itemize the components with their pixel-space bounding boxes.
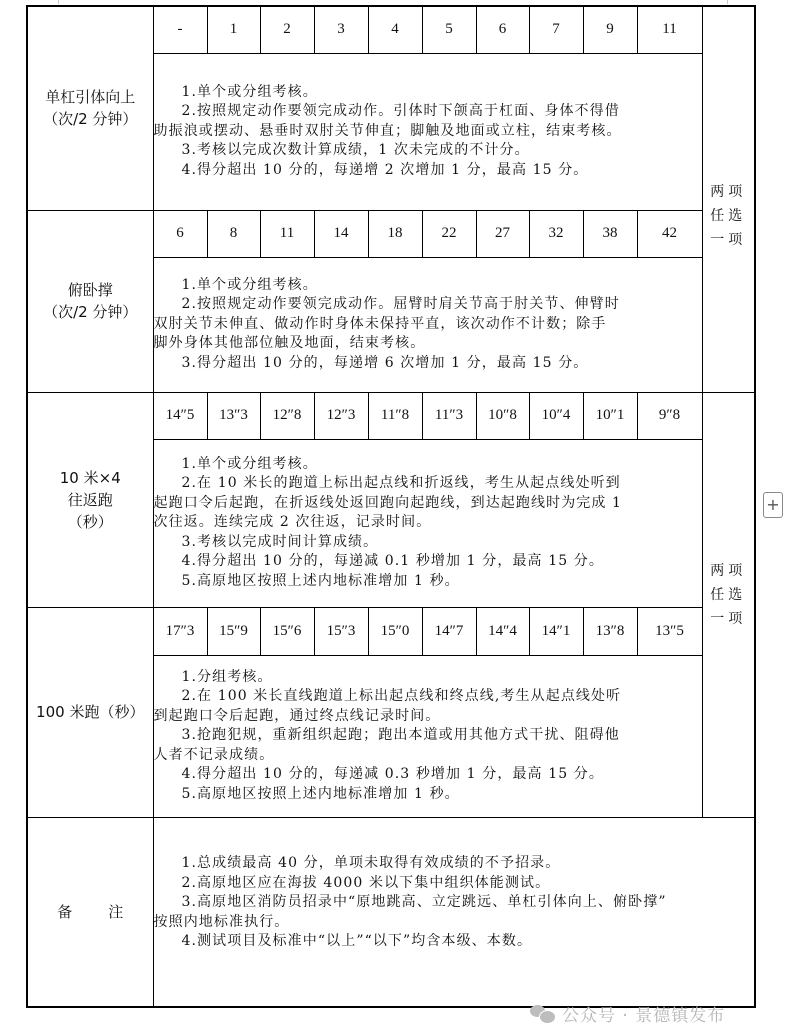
remark-line: 4.测试项目及标准中“以上”“以下”均含本级、本数。 <box>154 932 755 952</box>
rule-line: 脚外身体其他部位触及地面，结束考核。 <box>154 334 702 354</box>
rule-line: 助振浪或摆动、悬垂时双肘关节伸直；脚触及地面或立柱，结束考核。 <box>154 122 702 142</box>
score-cell: 14 <box>314 210 368 257</box>
item-name: 100 米跑（秒） <box>28 701 153 723</box>
rule-line: 5.高原地区按照上述内地标准增加 1 秒。 <box>154 572 702 592</box>
score-cell: 11 <box>260 210 314 257</box>
wechat-icon <box>530 1003 556 1023</box>
rule-line: 4.得分超出 10 分的，每递减 0.3 秒增加 1 分，最高 15 分。 <box>154 765 702 785</box>
score-row-shuttle-run: 10 米×4 往返跑 （秒） 14″5 13″3 12″8 12″3 11″8 … <box>27 392 755 439</box>
choose-one-note-2: 两项 任选 一项 <box>702 392 755 817</box>
rule-line: 3.考核以完成次数计算成绩，1 次未完成的不计分。 <box>154 141 702 161</box>
rule-line: 2.按照规定动作要领完成动作。屈臂时肩关节高于肘关节、伸臂时 <box>154 295 702 315</box>
score-cell: 14″4 <box>476 607 529 655</box>
score-cell: 11″8 <box>368 392 422 439</box>
score-cell: 22 <box>422 210 476 257</box>
score-cell: 13″5 <box>637 607 702 655</box>
score-cell: 15″9 <box>207 607 260 655</box>
side-note-line: 任选 <box>703 583 755 607</box>
item-unit: （秒） <box>28 511 153 533</box>
document-page: 单杠引体向上 （次/2 分钟） - 1 2 3 4 5 6 7 9 11 两项 … <box>0 0 785 1024</box>
rule-line: 3.考核以完成时间计算成绩。 <box>154 533 702 553</box>
side-note-line: 一项 <box>703 607 755 631</box>
score-cell: 4 <box>368 6 422 53</box>
score-cell: 10″1 <box>583 392 637 439</box>
score-cell: 8 <box>207 210 260 257</box>
score-cell: 18 <box>368 210 422 257</box>
score-cell: 9″8 <box>637 392 702 439</box>
score-cell: 32 <box>529 210 583 257</box>
item-name: 单杠引体向上 <box>28 86 153 108</box>
score-cell: 10″4 <box>529 392 583 439</box>
score-row-pushup: 俯卧撑 （次/2 分钟） 6 8 11 14 18 22 27 32 38 42 <box>27 210 755 257</box>
rule-line: 1.单个或分组考核。 <box>154 455 702 475</box>
rules-pullup: 1.单个或分组考核。 2.按照规定动作要领完成动作。引体时下颌高于杠面、身体不得… <box>153 53 702 210</box>
item-label-shuttle-run: 10 米×4 往返跑 （秒） <box>27 392 153 607</box>
rule-line: 次往返。连续完成 2 次往返，记录时间。 <box>154 513 702 533</box>
watermark: 公众号 · 景德镇发布 <box>530 1002 725 1024</box>
score-cell: 11 <box>637 6 702 53</box>
choose-one-note-1: 两项 任选 一项 <box>702 6 755 392</box>
item-unit: （次/2 分钟） <box>28 301 153 323</box>
score-cell: 13″8 <box>583 607 637 655</box>
item-unit: （次/2 分钟） <box>28 108 153 130</box>
expand-button[interactable]: + <box>763 492 783 518</box>
score-row-sprint-100m: 100 米跑（秒） 17″3 15″9 15″6 15″3 15″0 14″7 … <box>27 607 755 655</box>
score-cell: 17″3 <box>153 607 207 655</box>
remark-line: 按照内地标准执行。 <box>154 913 755 933</box>
score-cell: 6 <box>153 210 207 257</box>
page-corner-mark <box>727 0 738 4</box>
rule-line: 2.按照规定动作要领完成动作。引体时下颌高于杠面、身体不得借 <box>154 102 702 122</box>
rule-line: 1.单个或分组考核。 <box>154 276 702 296</box>
side-note-line: 一项 <box>703 228 755 252</box>
score-cell: 14″5 <box>153 392 207 439</box>
side-note-line: 两项 <box>703 559 755 583</box>
item-name: 10 米×4 <box>28 467 153 489</box>
rules-sprint-100m: 1.分组考核。 2.在 100 米长直线跑道上标出起点线和终点线,考生从起点线处… <box>153 655 702 817</box>
rule-line: 2.在 100 米长直线跑道上标出起点线和终点线,考生从起点线处听 <box>154 687 702 707</box>
rule-line: 2.在 10 米长的跑道上标出起点线和折返线，考生从起点线处听到 <box>154 474 702 494</box>
item-label-pullup: 单杠引体向上 （次/2 分钟） <box>27 6 153 210</box>
item-label-pushup: 俯卧撑 （次/2 分钟） <box>27 210 153 392</box>
score-cell: 1 <box>207 6 260 53</box>
item-label-sprint-100m: 100 米跑（秒） <box>27 607 153 817</box>
score-cell: 42 <box>637 210 702 257</box>
side-note-line: 两项 <box>703 180 755 204</box>
score-cell: 12″3 <box>314 392 368 439</box>
rule-line: 4.得分超出 10 分的，每递减 0.1 秒增加 1 分，最高 15 分。 <box>154 552 702 572</box>
remarks-label: 备注 <box>27 817 153 1007</box>
rule-line: 5.高原地区按照上述内地标准增加 1 秒。 <box>154 785 702 805</box>
score-cell: 7 <box>529 6 583 53</box>
score-cell: 38 <box>583 210 637 257</box>
score-cell: 6 <box>476 6 529 53</box>
remarks-content: 1.总成绩最高 40 分，单项未取得有效成绩的不予招录。 2.高原地区应在海拔 … <box>153 817 755 1007</box>
rule-line: 3.得分超出 10 分的，每递增 6 次增加 1 分，最高 15 分。 <box>154 354 702 374</box>
score-cell: 13″3 <box>207 392 260 439</box>
rules-shuttle-run: 1.单个或分组考核。 2.在 10 米长的跑道上标出起点线和折返线，考生从起点线… <box>153 439 702 607</box>
rule-line: 人者不记录成绩。 <box>154 746 702 766</box>
score-cell: 15″3 <box>314 607 368 655</box>
rule-line: 4.得分超出 10 分的，每递增 2 次增加 1 分，最高 15 分。 <box>154 161 702 181</box>
fitness-standards-table: 单杠引体向上 （次/2 分钟） - 1 2 3 4 5 6 7 9 11 两项 … <box>26 5 756 1008</box>
rule-line: 双肘关节未伸直、做动作时身体未保持平直，该次动作不计数；除手 <box>154 315 702 335</box>
score-cell: - <box>153 6 207 53</box>
remarks-row: 备注 1.总成绩最高 40 分，单项未取得有效成绩的不予招录。 2.高原地区应在… <box>27 817 755 1007</box>
score-cell: 11″3 <box>422 392 476 439</box>
score-cell: 12″8 <box>260 392 314 439</box>
score-cell: 15″6 <box>260 607 314 655</box>
page-corner-mark <box>32 0 59 4</box>
remark-line: 1.总成绩最高 40 分，单项未取得有效成绩的不予招录。 <box>154 854 755 874</box>
score-cell: 14″1 <box>529 607 583 655</box>
score-cell: 27 <box>476 210 529 257</box>
score-cell: 3 <box>314 6 368 53</box>
remark-line: 3.高原地区消防员招录中“原地跳高、立定跳远、单杠引体向上、俯卧撑” <box>154 893 755 913</box>
rule-line: 1.单个或分组考核。 <box>154 83 702 103</box>
item-name: 俯卧撑 <box>28 279 153 301</box>
watermark-text: 公众号 · 景德镇发布 <box>562 1001 725 1024</box>
score-row-pullup: 单杠引体向上 （次/2 分钟） - 1 2 3 4 5 6 7 9 11 两项 … <box>27 6 755 53</box>
remark-line: 2.高原地区应在海拔 4000 米以下集中组织体能测试。 <box>154 874 755 894</box>
score-cell: 10″8 <box>476 392 529 439</box>
score-cell: 2 <box>260 6 314 53</box>
item-name: 往返跑 <box>28 489 153 511</box>
score-cell: 9 <box>583 6 637 53</box>
rule-line: 起跑口令后起跑，在折返线处返回跑向起跑线，到达起跑线时为完成 1 <box>154 494 702 514</box>
rule-line: 1.分组考核。 <box>154 668 702 688</box>
rule-line: 到起跑口令后起跑，通过终点线记录时间。 <box>154 707 702 727</box>
remarks-label-char: 注 <box>108 901 123 923</box>
rules-pushup: 1.单个或分组考核。 2.按照规定动作要领完成动作。屈臂时肩关节高于肘关节、伸臂… <box>153 257 702 392</box>
rule-line: 3.抢跑犯规，重新组织起跑；跑出本道或用其他方式干扰、阻碍他 <box>154 726 702 746</box>
score-cell: 15″0 <box>368 607 422 655</box>
score-cell: 14″7 <box>422 607 476 655</box>
remarks-label-char: 备 <box>57 901 72 923</box>
score-cell: 5 <box>422 6 476 53</box>
side-note-line: 任选 <box>703 204 755 228</box>
